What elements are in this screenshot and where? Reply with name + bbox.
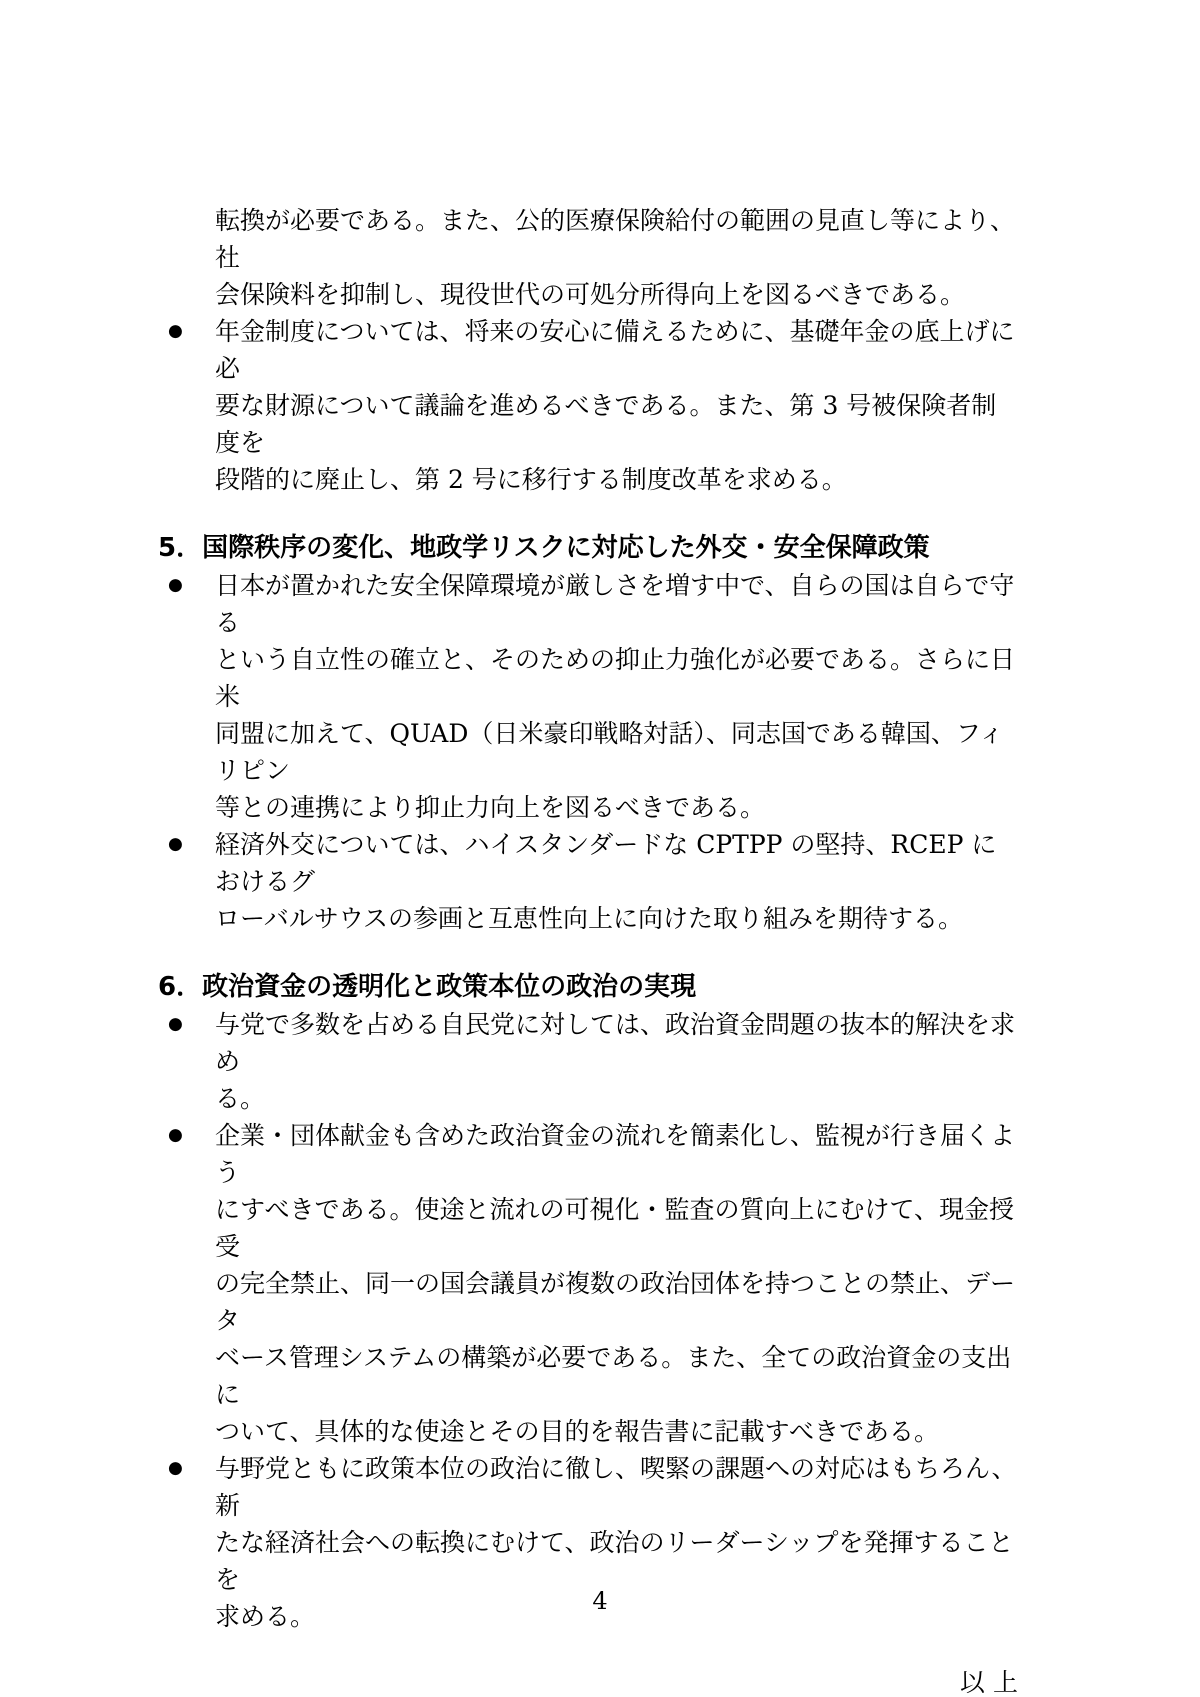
list-item-text: 与党で多数を占める自民党に対しては、政治資金問題の抜本的解決を求め る。 xyxy=(215,1006,1018,1117)
bullet-icon: ● xyxy=(158,567,215,604)
bullet-icon: ● xyxy=(158,1006,215,1043)
bullet-icon: ● xyxy=(158,1450,215,1487)
section-5-heading: 5．国際秩序の変化、地政学リスクに対応した外交・安全保障政策 xyxy=(158,530,1020,567)
list-item: ● 与党で多数を占める自民党に対しては、政治資金問題の抜本的解決を求め る。 xyxy=(158,1006,1020,1117)
list-item: ● 経済外交については、ハイスタンダードな CPTPP の堅持、RCEP におけ… xyxy=(158,826,1020,937)
bullet-icon: ● xyxy=(158,313,215,350)
bullet-icon: ● xyxy=(158,1117,215,1154)
page-content: 転換が必要である。また、公的医療保険給付の範囲の見直し等により、社 会保険料を抑… xyxy=(158,202,1020,1697)
list-item-text: 企業・団体献金も含めた政治資金の流れを簡素化し、監視が行き届くよう にすべきであ… xyxy=(215,1117,1018,1450)
list-item: ● 年金制度については、将来の安心に備えるために、基礎年金の底上げに必 要な財源… xyxy=(158,313,1020,498)
list-item-text: 経済外交については、ハイスタンダードな CPTPP の堅持、RCEP におけるグ… xyxy=(215,826,1018,937)
list-item: ● 企業・団体献金も含めた政治資金の流れを簡素化し、監視が行き届くよう にすべき… xyxy=(158,1117,1020,1450)
section-6-heading: 6．政治資金の透明化と政策本位の政治の実現 xyxy=(158,969,1020,1006)
list-item: ● 日本が置かれた安全保障環境が厳しさを増す中で、自らの国は自らで守る という自… xyxy=(158,567,1020,826)
closing-label: 以 上 xyxy=(215,1664,1018,1697)
list-item-text: 年金制度については、将来の安心に備えるために、基礎年金の底上げに必 要な財源につ… xyxy=(215,313,1018,498)
page-number: 4 xyxy=(0,1585,1200,1617)
continuation-paragraph: 転換が必要である。また、公的医療保険給付の範囲の見直し等により、社 会保険料を抑… xyxy=(215,202,1018,313)
document-page: 転換が必要である。また、公的医療保険給付の範囲の見直し等により、社 会保険料を抑… xyxy=(0,0,1200,1697)
bullet-icon: ● xyxy=(158,826,215,863)
list-item-text: 日本が置かれた安全保障環境が厳しさを増す中で、自らの国は自らで守る という自立性… xyxy=(215,567,1018,826)
